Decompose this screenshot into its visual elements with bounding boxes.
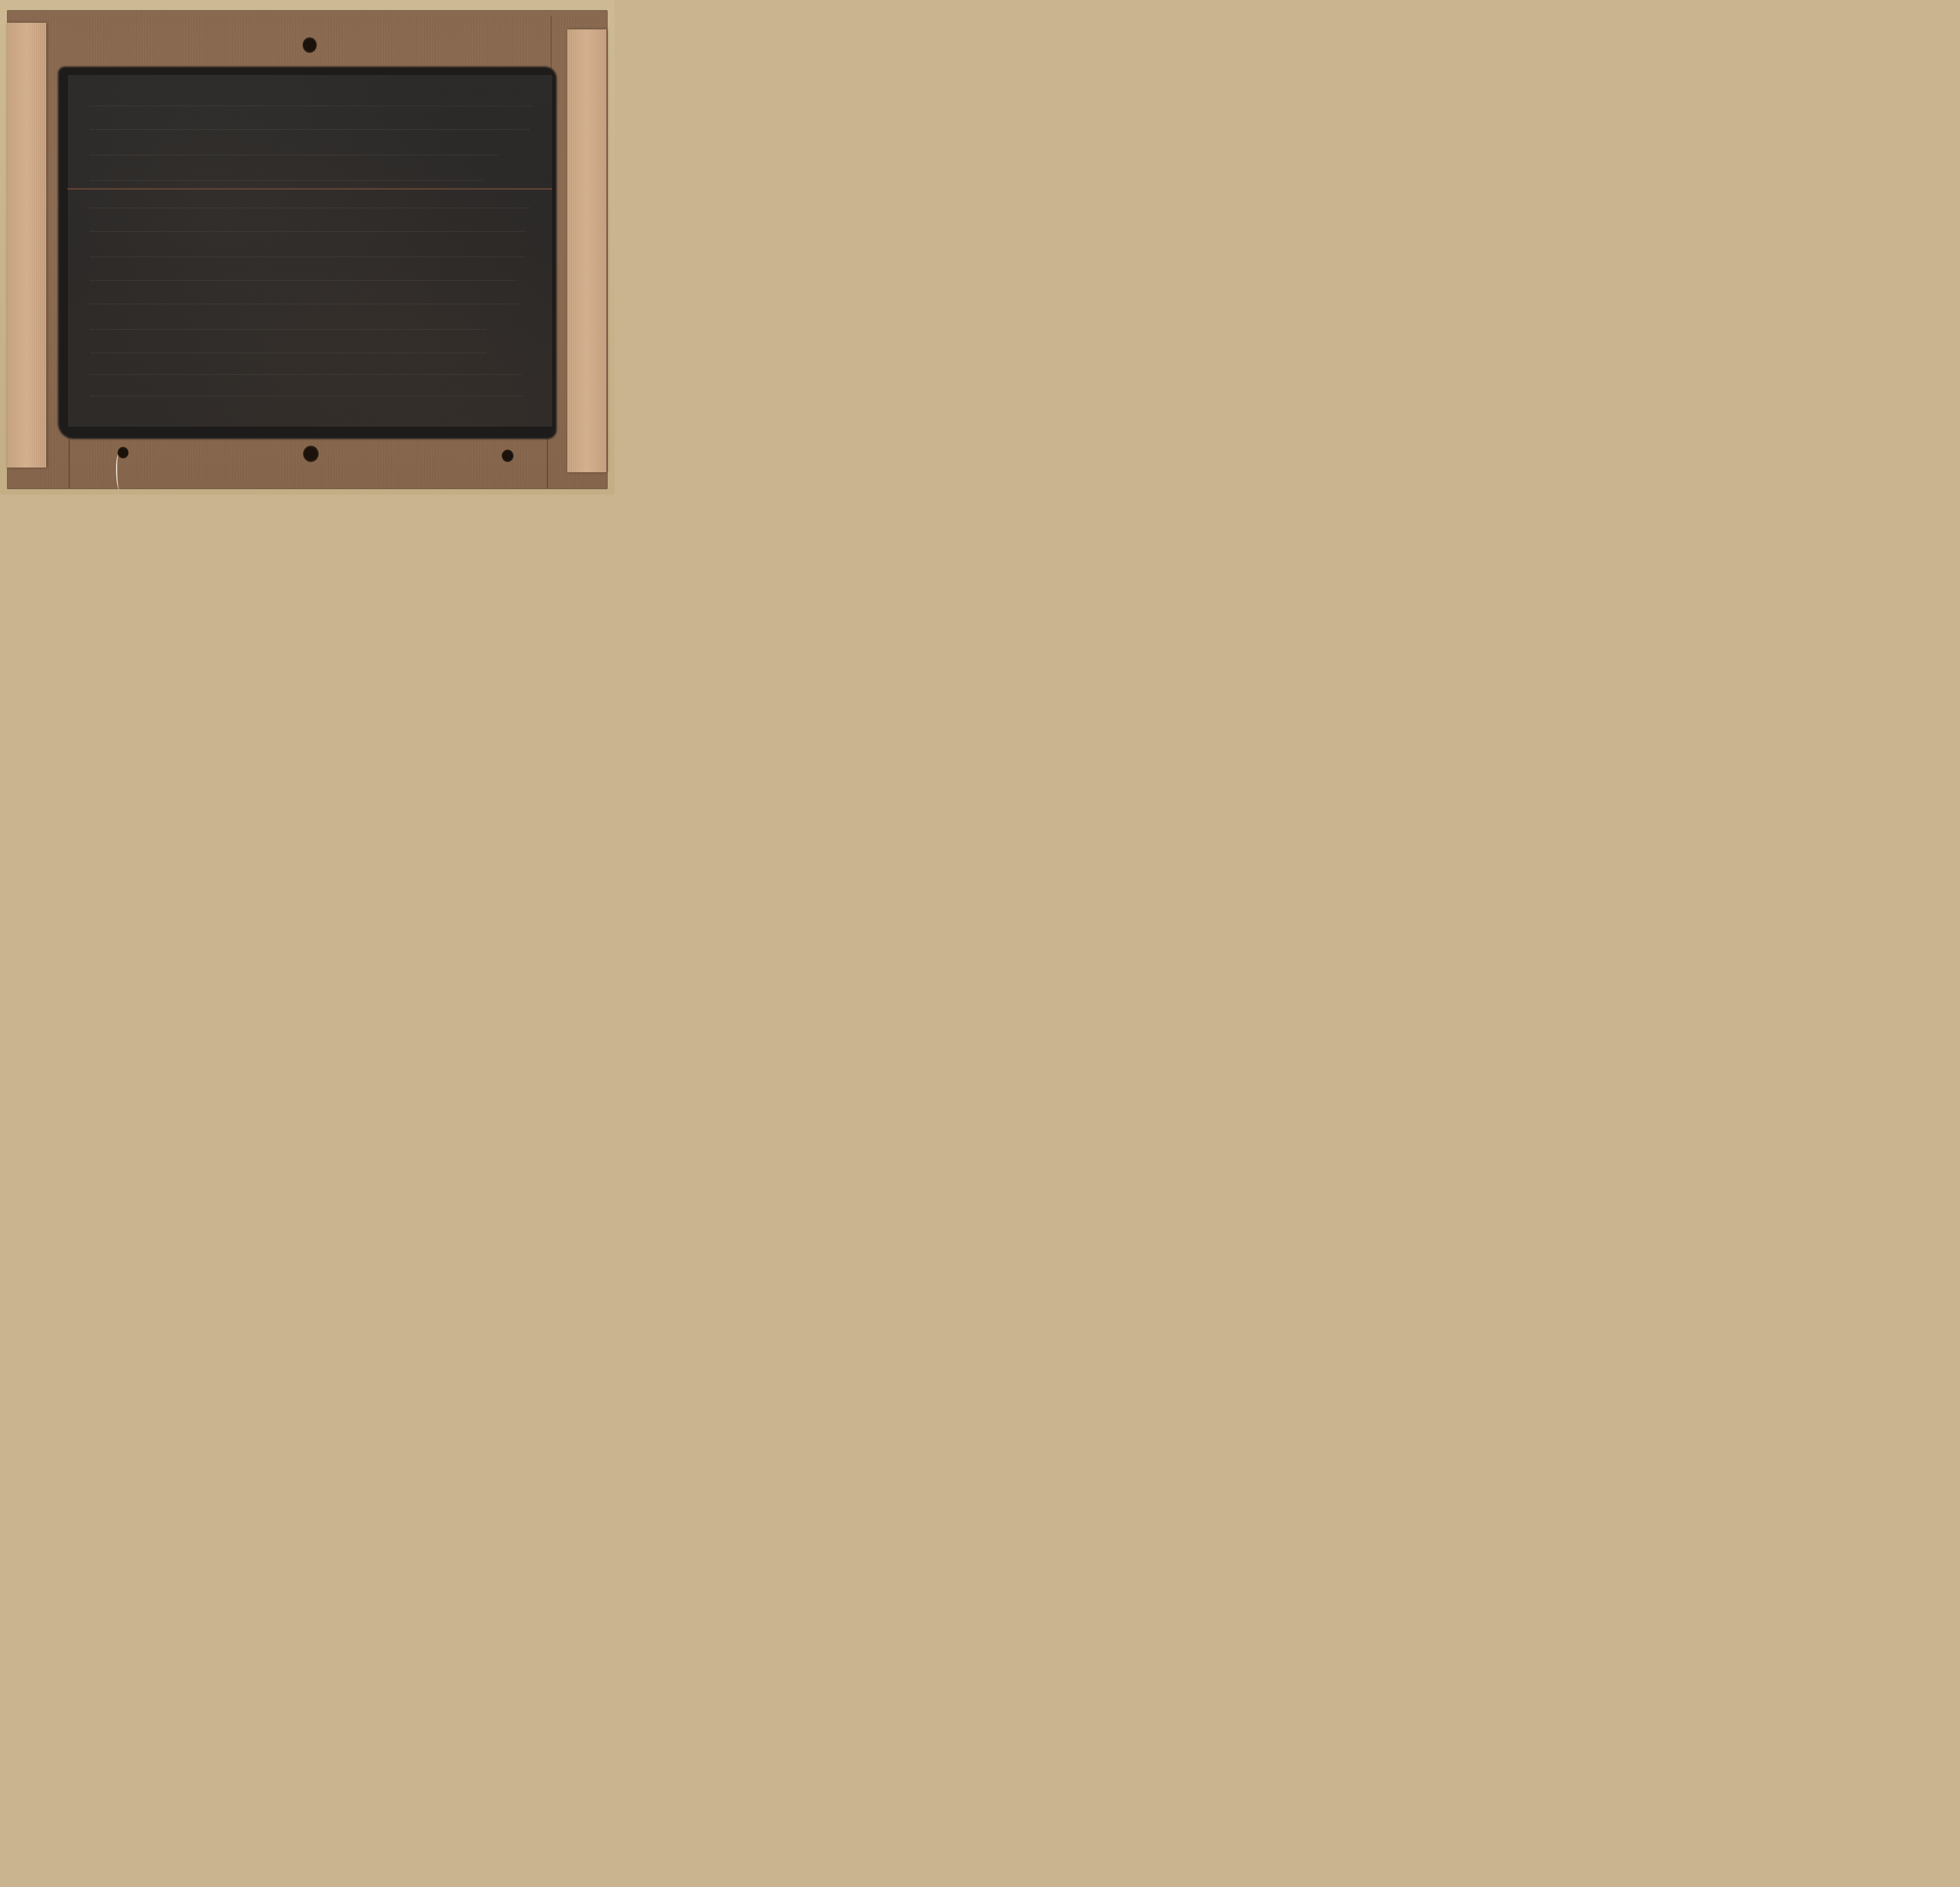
inscription-line: [90, 292, 521, 304]
bottom-center-hole: [303, 446, 319, 462]
horizontal-crack: [67, 188, 552, 190]
inscription-line: [90, 341, 486, 353]
inscription-line: [90, 143, 498, 155]
inscription-line: [90, 94, 533, 106]
bottom-right-hole: [502, 450, 514, 462]
inscription-line: [90, 118, 529, 130]
inscription-line: [90, 169, 482, 181]
right-wood-slat: [567, 29, 606, 472]
top-hole: [303, 37, 317, 53]
inscription-line: [90, 384, 521, 396]
inscription-line: [90, 196, 529, 208]
left-wood-slat: [7, 23, 46, 468]
inscription-line: [90, 268, 517, 281]
inscription-line: [90, 317, 486, 330]
inscription-line: [90, 363, 521, 375]
inscription-line: [90, 219, 525, 232]
inscription-line: [90, 245, 525, 257]
tie-string: [116, 455, 122, 490]
